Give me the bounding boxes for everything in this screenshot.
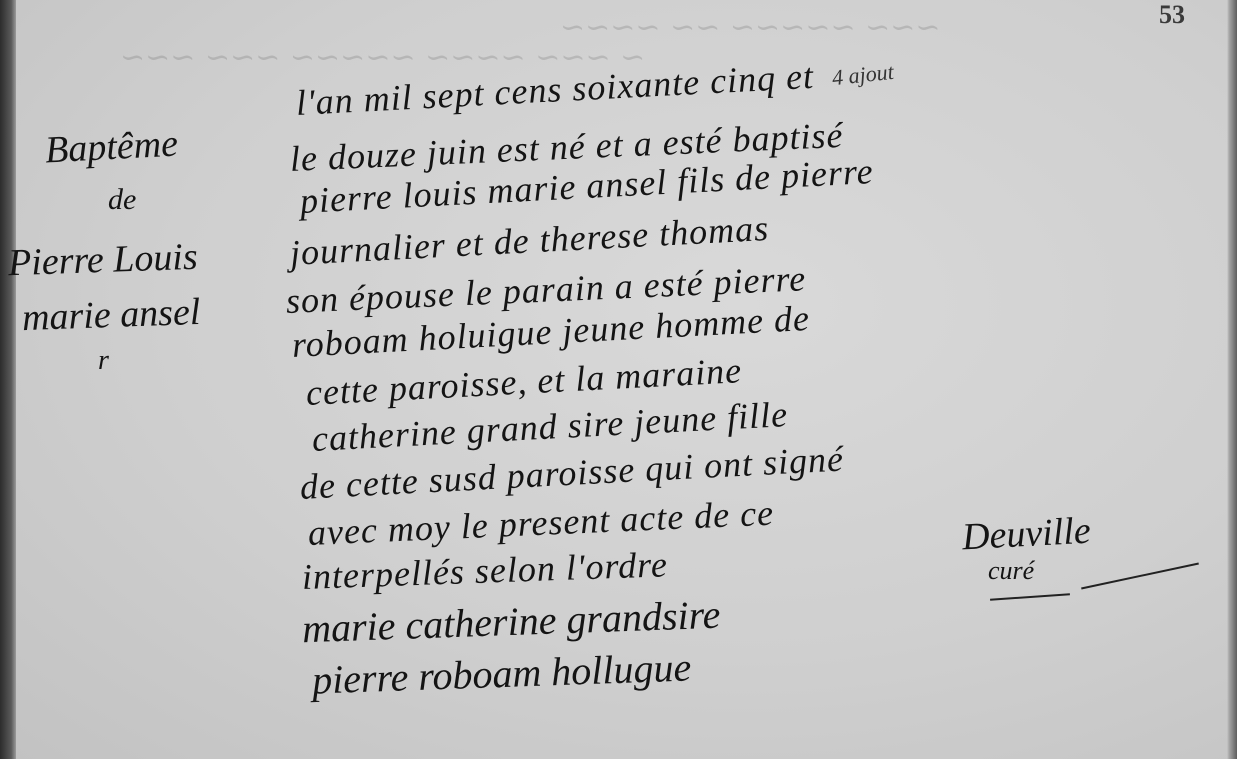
- page-right-edge: [1227, 0, 1237, 759]
- margin-title-surname: marie ansel: [21, 290, 201, 340]
- bleed-through-text: ~~~ ~~~~~ ~~ ~~~~: [560, 10, 941, 45]
- signature-godmother: marie catherine grandsire: [301, 591, 721, 653]
- page-binding-edge: [0, 0, 16, 759]
- margin-title-bapteme: Baptême: [44, 122, 179, 173]
- page-number: 53: [1159, 0, 1185, 30]
- margin-title-de: de: [108, 183, 136, 217]
- margin-title-mark: r: [98, 345, 109, 377]
- signature-flourish: [990, 593, 1070, 601]
- margin-title-child-name: Pierre Louis: [7, 235, 198, 286]
- interlinear-annotation: 4 ajout: [831, 59, 895, 91]
- signature-priest: Deuville: [961, 509, 1092, 560]
- signature-priest-title: curé: [988, 556, 1034, 586]
- signature-godfather: pierre roboam hollugue: [311, 643, 692, 703]
- scanned-register-page: ~ ~~~ ~~~~ ~~~~~ ~~~ ~~~ ~~~ ~~~~~ ~~ ~~…: [0, 0, 1237, 759]
- signature-flourish: [1081, 563, 1199, 590]
